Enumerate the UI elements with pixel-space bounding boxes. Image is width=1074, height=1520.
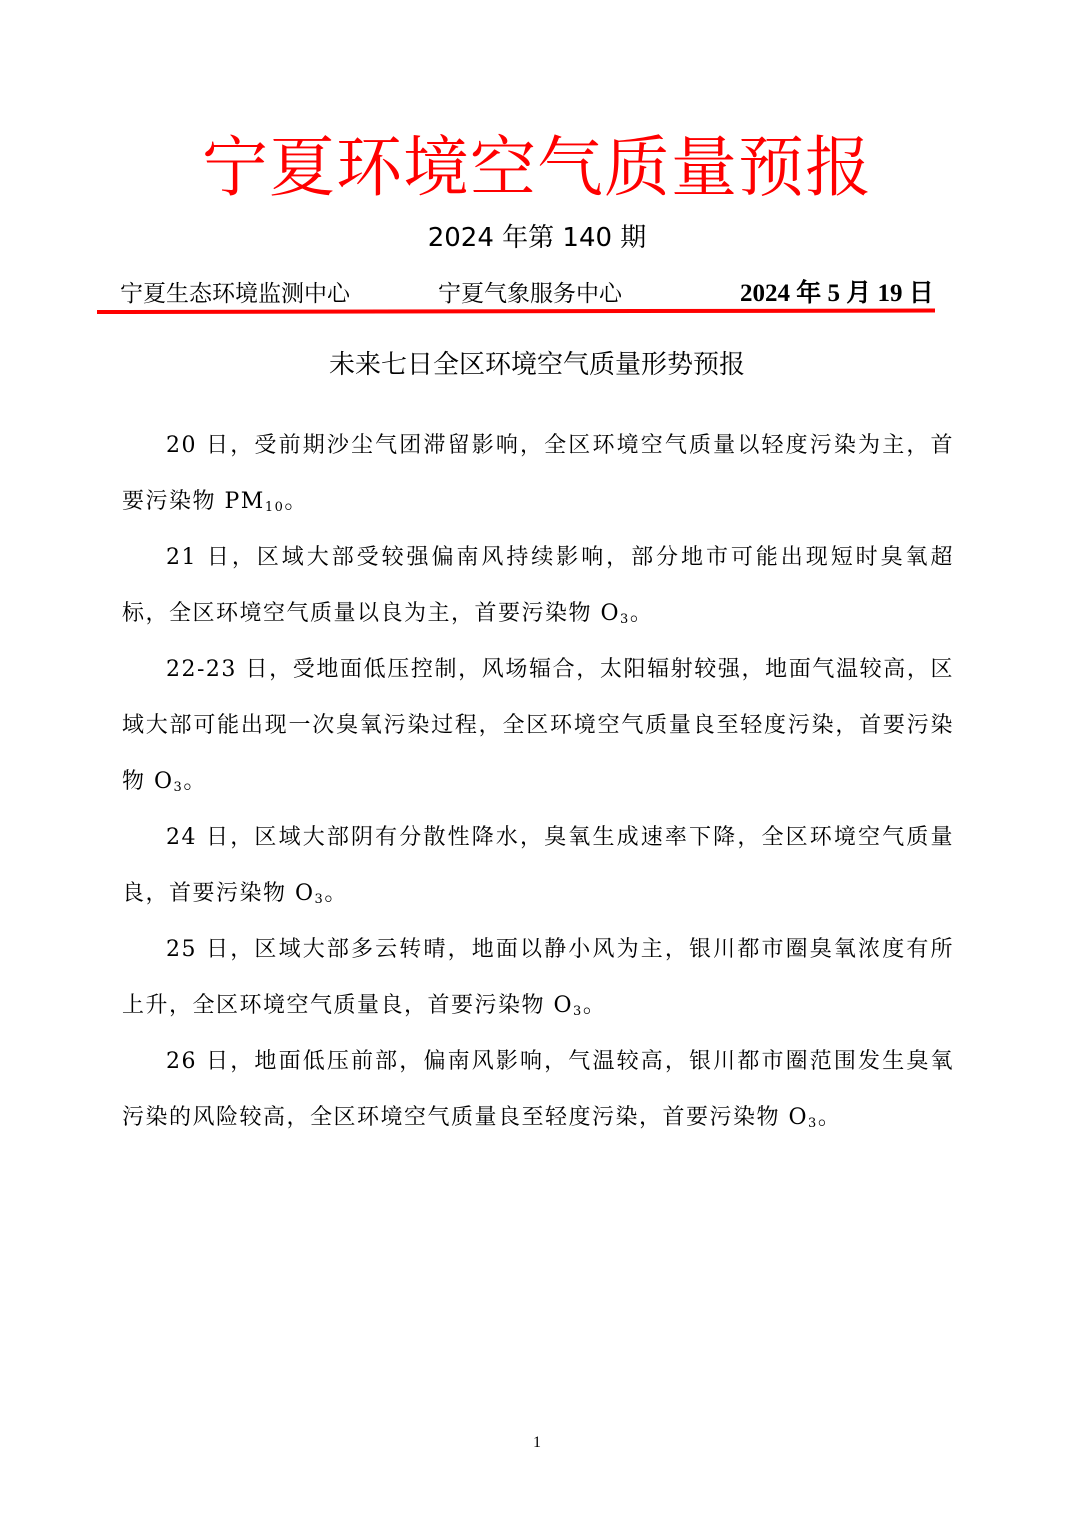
issuer-meteorology-center: 宁夏气象服务中心: [438, 278, 622, 310]
forecast-paragraph-day25: 25 日，区域大部多云转晴，地面以静小风为主，银川都市圈臭氧浓度有所上升，全区环…: [122, 922, 954, 1034]
issue-number: 2024 年第 140 期: [0, 220, 1074, 256]
section-title: 未来七日全区环境空气质量形势预报: [0, 345, 1074, 385]
page-number: 1: [0, 1434, 1074, 1452]
forecast-paragraph-day20: 20 日，受前期沙尘气团滞留影响，全区环境空气质量以轻度污染为主，首要污染物 P…: [122, 418, 954, 530]
issue-date: 2024 年 5 月 19 日: [740, 278, 934, 310]
issuer-ecology-center: 宁夏生态环境监测中心: [120, 278, 350, 310]
forecast-paragraph-day21: 21 日，区域大部受较强偏南风持续影响，部分地市可能出现短时臭氧超标，全区环境空…: [122, 530, 954, 642]
forecast-paragraph-day26: 26 日，地面低压前部，偏南风影响，气温较高，银川都市圈范围发生臭氧污染的风险较…: [122, 1034, 954, 1146]
red-divider: [97, 309, 935, 314]
document-title: 宁夏环境空气质量预报: [0, 128, 1074, 208]
forecast-body: 20 日，受前期沙尘气团滞留影响，全区环境空气质量以轻度污染为主，首要污染物 P…: [122, 418, 954, 1146]
forecast-paragraph-day24: 24 日，区域大部阴有分散性降水，臭氧生成速率下降，全区环境空气质量良，首要污染…: [122, 810, 954, 922]
forecast-paragraph-day22-23: 22-23 日，受地面低压控制，风场辐合，太阳辐射较强，地面气温较高，区域大部可…: [122, 642, 954, 810]
